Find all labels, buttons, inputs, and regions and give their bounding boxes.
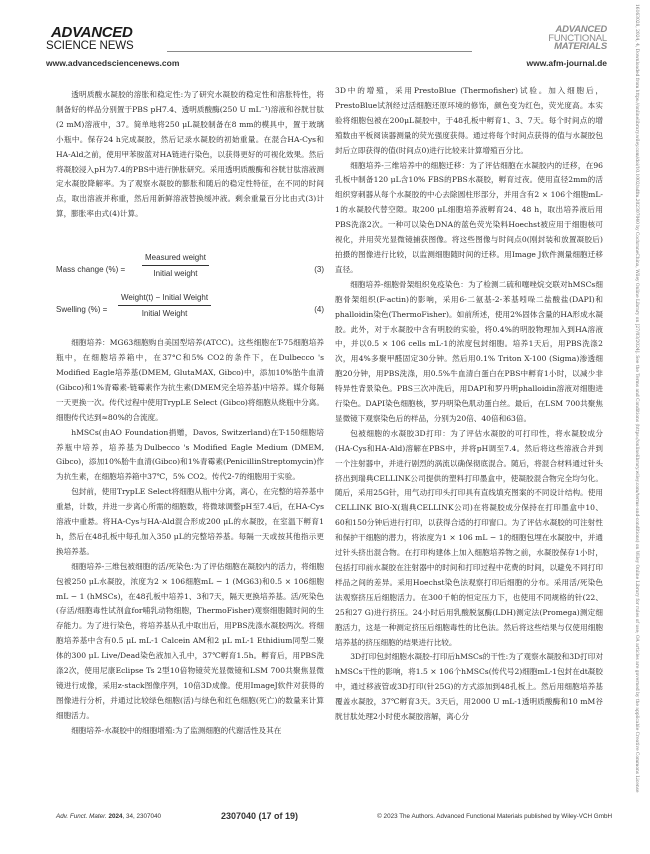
copyright-notice: © 2023 The Authors. Advanced Functional … xyxy=(377,813,612,820)
equation-4-lhs: Swelling (%) = xyxy=(56,303,107,318)
paragraph-3d-printing: 包被细胞的水凝胶3D打印：为了评估水凝胶的可打印性，将水凝胶成分(HA-Cys和… xyxy=(335,427,603,651)
page-header: ADVANCED SCIENCE NEWS www.advancedscienc… xyxy=(40,26,615,72)
equation-3-number: (3) xyxy=(314,263,324,278)
equation-4-fraction: Weight(t) − Initial Weight Initial Weigh… xyxy=(118,292,211,319)
download-side-note: 16163028, 2024, 4, Downloaded from https… xyxy=(632,4,640,854)
advanced-science-news-logo: ADVANCED SCIENCE NEWS xyxy=(46,26,134,52)
journal-abbrev: Adv. Funct. Mater. xyxy=(56,813,107,820)
equation-3-fraction: Measured weight Initial weight xyxy=(142,252,209,279)
asn-logo-line1: ADVANCED xyxy=(51,26,134,40)
asn-logo-line2: SCIENCE NEWS xyxy=(46,40,134,52)
paragraph-swelling-stability: 透明质酸水凝胶的溶胀和稳定性:为了研究水凝胶的稳定性和溶胀特性，将制备好的样品分… xyxy=(56,88,324,222)
afm-logo-line3: MATERIALS xyxy=(548,43,607,52)
paragraph-proliferation-start: 细胞培养-水凝胶中的细胞增殖:为了监测细胞的代谢活性及其在 xyxy=(56,724,324,739)
citation-year: 2024 xyxy=(109,813,123,820)
page-footer: Adv. Funct. Mater. 2024, 34, 2307040 230… xyxy=(56,812,612,824)
paragraph-live-dead-staining: 细胞培养-三维包被细胞的活/死染色:为了评估细胞在凝胶内的活力，将细胞包被250… xyxy=(56,560,324,724)
paragraph-proliferation-cont: 3D中的增殖，采用PrestoBlue (Thermofisher)试验。加入细… xyxy=(335,84,603,159)
equation-3-lhs: Mass change (%) = xyxy=(56,263,125,278)
citation-volume: , 34, 2307040 xyxy=(123,813,162,820)
journal-url[interactable]: www.afm-journal.de xyxy=(527,58,607,68)
equation-4-number: (4) xyxy=(314,303,324,318)
equation-4-denominator: Initial Weight xyxy=(118,306,211,319)
paragraph-cell-migration: 细胞培养-三维培养中的细胞迁移：为了评估细胞在水凝胶内的迁移，在96孔板中制备1… xyxy=(335,159,603,278)
paragraph-cell-culture-mg63: 细胞培养：MG63细胞购自美国型培养(ATCC)。这些细胞在T-75细胞培养瓶中… xyxy=(56,336,324,425)
equation-4-numerator: Weight(t) − Initial Weight xyxy=(118,292,211,306)
paragraph-encapsulation: 包封前，使用TrypLE Select将细胞从瓶中分离，离心，在完整的培养基中重… xyxy=(56,485,324,560)
right-column: 3D中的增殖，采用PrestoBlue (Thermofisher)试验。加入细… xyxy=(335,84,603,725)
afm-journal-logo: ADVANCED FUNCTIONAL MATERIALS xyxy=(548,26,607,52)
paragraph-hmscs: hMSCs(由AO Foundation捐赠，Davos, Switzerlan… xyxy=(56,426,324,486)
header-divider xyxy=(167,51,472,52)
equation-3-denominator: Initial weight xyxy=(142,266,209,279)
page-number: 2307040 (17 of 19) xyxy=(221,811,298,821)
publisher-url[interactable]: www.advancedsciencenews.com xyxy=(46,58,179,68)
spacer xyxy=(56,222,324,252)
paragraph-cytoskeleton-staining: 细胞培养-细胞骨架组织免疫染色：为了检测二硫和噻唑烷交联对hMSCs细胞骨架组织… xyxy=(335,278,603,427)
equation-3: Mass change (%) = Measured weight Initia… xyxy=(56,252,324,286)
equation-3-numerator: Measured weight xyxy=(142,252,209,266)
paragraph-stemness: 3D打印包封细胞水凝胶-打印后hMSCs的干性:为了观察水凝胶和3D打印对hMS… xyxy=(335,650,603,725)
citation: Adv. Funct. Mater. 2024, 34, 2307040 xyxy=(56,813,161,820)
left-column: 透明质酸水凝胶的溶胀和稳定性:为了研究水凝胶的稳定性和溶胀特性，将制备好的样品分… xyxy=(56,88,324,739)
equation-4: Swelling (%) = Weight(t) − Initial Weigh… xyxy=(56,292,324,326)
spacer xyxy=(56,326,324,336)
